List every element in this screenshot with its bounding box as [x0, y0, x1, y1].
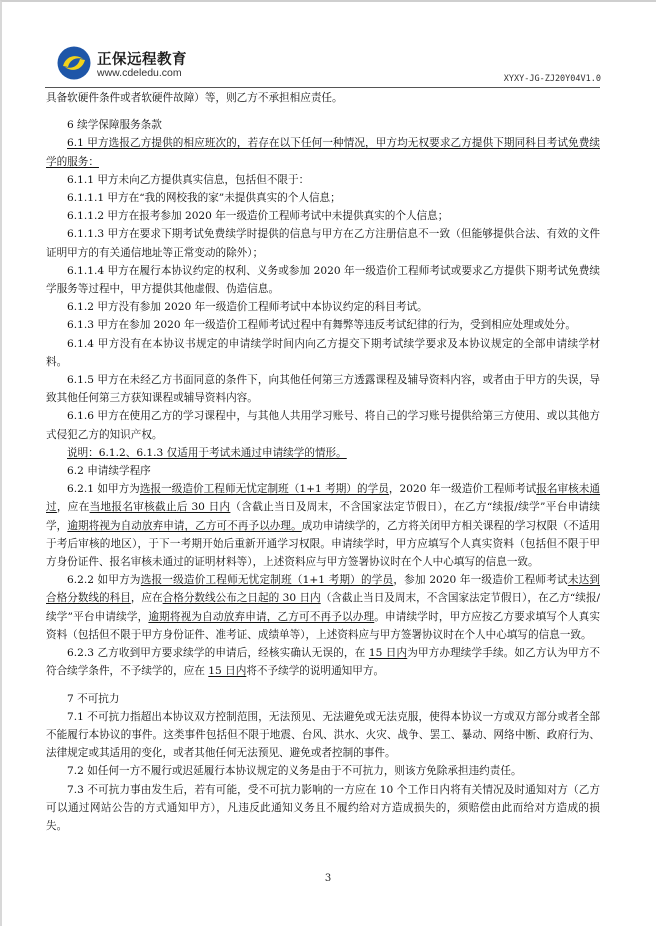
- clause-7-2: 7.2 如任何一方不履行或迟延履行本协议规定的义务是由于不可抗力，则该方免除承担…: [46, 762, 600, 780]
- text-underlined: 15 日内: [208, 665, 246, 677]
- text: 将不予续学的说明通知甲方。: [246, 665, 384, 677]
- clause-6-1-1: 6.1.1 甲方未向乙方提供真实信息，包括但不限于：: [46, 171, 600, 189]
- text: ，应在: [57, 501, 90, 513]
- page-number: 3: [0, 873, 656, 884]
- text-underlined: 逾期将视为自动放弃申请，乙方可不再予以办理。: [67, 520, 301, 532]
- text: ，参加 2020 年一级造价工程师考试: [393, 574, 567, 586]
- document-code: XYXY-JG-ZJ20Y04V1.0: [504, 74, 601, 84]
- note: 说明：6.1.2、6.1.3 仅适用于考试未通过申请续学的情形。: [46, 444, 600, 462]
- clause-6-2-3: 6.2.3 乙方收到甲方要求续学的申请后，经核实确认无误的，在 15 日内为甲方…: [46, 644, 600, 680]
- spacer: [46, 681, 600, 690]
- brand-name: 正保远程教育: [97, 48, 187, 69]
- clause-6-2: 6.2 申请续学程序: [46, 462, 600, 480]
- clause-6-1: 6.1 甲方选报乙方提供的相应班次的，若存在以下任何一种情况，甲方均无权要求乙方…: [46, 134, 600, 170]
- clause-6-2-1: 6.2.1 如甲方为选报一级造价工程师无忧定制班（1+1 考期）的学员，2020…: [46, 480, 600, 571]
- text-underlined: 选报一级造价工程师无忧定制班（1+1 考期）的学员: [141, 574, 394, 586]
- clause-6-1-1-2: 6.1.1.2 甲方在报考参加 2020 年一级造价工程师考试中未提供真实的个人…: [46, 207, 600, 225]
- text: ，2020 年一级造价工程师考试: [389, 483, 536, 495]
- company-logo-icon: [57, 46, 91, 80]
- note-text: 说明：6.1.2、6.1.3 仅适用于考试未通过申请续学的情形。: [67, 447, 347, 459]
- clause-6-1-3: 6.1.3 甲方在参加 2020 年一级造价工程师考试过程中有舞弊等违反考试纪律…: [46, 316, 600, 334]
- section-heading: 7 不可抗力: [46, 690, 600, 708]
- clause-6-2-2: 6.2.2 如甲方为选报一级造价工程师无忧定制班（1+1 考期）的学员，参加 2…: [46, 571, 600, 644]
- text-underlined: 15 日内: [369, 647, 407, 659]
- clause-6-1-1-3: 6.1.1.3 甲方在要求下期考试免费续学时提供的信息与甲方在乙方注册信息不一致…: [46, 225, 600, 261]
- page-header: 正保远程教育 www.cdeledu.com XYXY-JG-ZJ20Y04V1…: [57, 46, 605, 90]
- spacer: [46, 107, 600, 116]
- text-underlined: 合格分数线公布之日起的 30 日内: [163, 592, 321, 604]
- clause-7-1: 7.1 不可抗力指超出本协议双方控制范围，无法预见、无法避免或无法克服，使得本协…: [46, 708, 600, 763]
- clause-text-underlined: 6.1 甲方选报乙方提供的相应班次的，若存在以下任何一种情况，甲方均无权要求乙方…: [46, 137, 600, 167]
- text: ，应在: [131, 592, 163, 604]
- clause-6-1-6: 6.1.6 甲方在使用乙方的学习课程中，与其他人共用学习账号、将自己的学习账号提…: [46, 407, 600, 443]
- document-body: 具备软硬件条件或者软硬件故障）等，则乙方不承担相应责任。 6 续学保障服务条款 …: [46, 89, 600, 835]
- text: 6.2.2 如甲方为: [67, 574, 141, 586]
- clause-6-1-4: 6.1.4 甲方没有在本协议书规定的申请续学时间内向乙方提交下期考试续学要求及本…: [46, 335, 600, 371]
- brand-url: www.cdeledu.com: [97, 67, 182, 79]
- text: 6.2.1 如甲方为: [67, 483, 140, 495]
- header-divider: [45, 87, 600, 88]
- continued-paragraph: 具备软硬件条件或者软硬件故障）等，则乙方不承担相应责任。: [46, 89, 600, 107]
- clause-6-1-2: 6.1.2 甲方没有参加 2020 年一级造价工程师考试中本协议约定的科目考试。: [46, 298, 600, 316]
- text-underlined: 当地报名审核截止后 30 日内: [90, 501, 231, 513]
- section-heading: 6 续学保障服务条款: [46, 116, 600, 134]
- clause-7-3: 7.3 不可抗力事由发生后，若有可能，受不可抗力影响的一方应在 10 个工作日内…: [46, 781, 600, 836]
- text-underlined: 选报一级造价工程师无忧定制班（1+1 考期）的学员: [140, 483, 389, 495]
- clause-6-1-1-1: 6.1.1.1 甲方在“我的网校我的家”未提供真实的个人信息；: [46, 189, 600, 207]
- text: 6.2.3 乙方收到甲方要求续学的申请后，经核实确认无误的，在: [67, 647, 369, 659]
- clause-6-1-5: 6.1.5 甲方在未经乙方书面同意的条件下，向其他任何第三方透露课程及辅导资料内…: [46, 371, 600, 407]
- clause-6-1-1-4: 6.1.1.4 甲方在履行本协议约定的权利、义务或参加 2020 年一级造价工程…: [46, 262, 600, 298]
- text-underlined: 逾期将视为自动放弃申请，乙方可不再予以办理: [148, 611, 374, 623]
